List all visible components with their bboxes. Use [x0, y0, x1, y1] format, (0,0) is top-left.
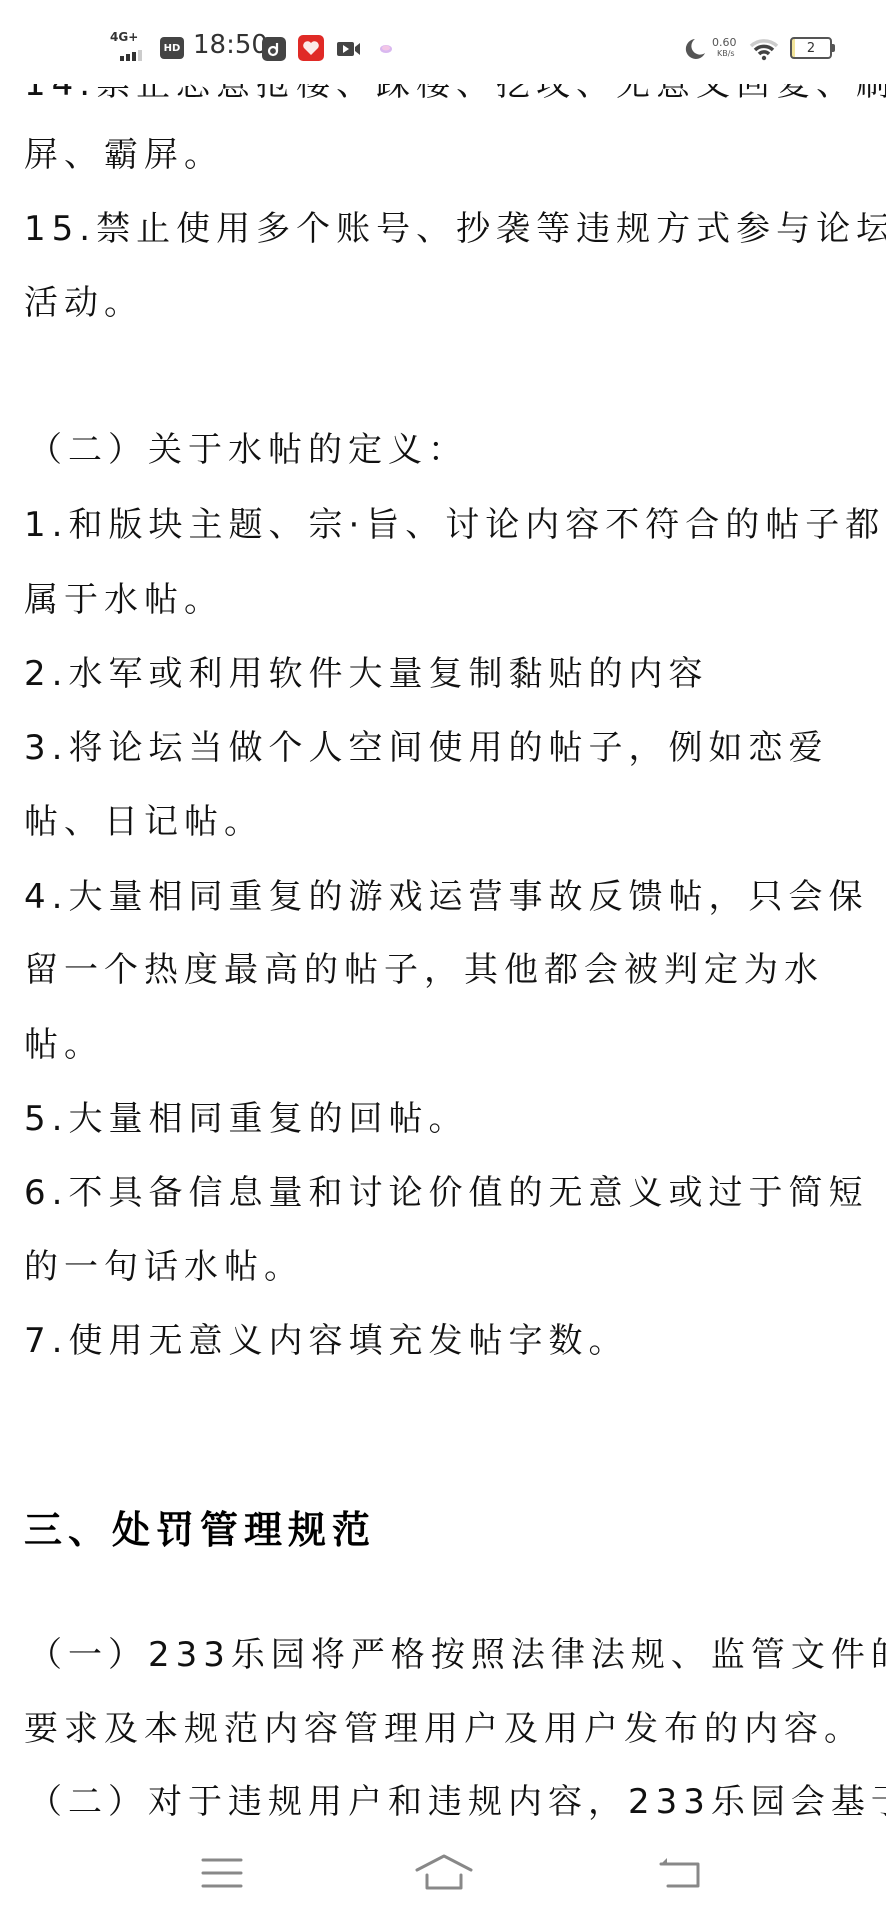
status-bar: 4G+ HD 18:50 0.60 KB/s 2 [0, 0, 886, 84]
network-speed: 0.60 KB/s [712, 32, 742, 62]
rule-15-line: 15.禁止使用多个账号、抄袭等违规方式参与论坛 [24, 207, 886, 251]
battery-level: 2 [790, 37, 832, 59]
water-rule-4-cont: 留一个热度最高的帖子，其他都会被判定为水 [24, 948, 824, 992]
penalty-clause-1: （一）233乐园将严格按照法律法规、监管文件的 [28, 1633, 886, 1677]
rule-15-line-cont: 活动。 [24, 281, 144, 325]
battery-icon: 2 [790, 37, 836, 61]
rule-14-line-cont: 屏、霸屏。 [24, 133, 224, 177]
signal-icon: 4G+ [110, 30, 152, 64]
water-rule-7: 7.使用无意义内容填充发帖字数。 [24, 1319, 628, 1363]
hd-icon: HD [160, 37, 184, 59]
menu-icon [200, 1856, 244, 1890]
heart-app-icon [298, 35, 324, 61]
bubble-app-icon [378, 40, 394, 56]
music-app-icon [262, 37, 286, 61]
clock: 18:50 [193, 30, 268, 60]
net-speed-value: 0.60 [712, 36, 737, 49]
water-rule-3: 3.将论坛当做个人空间使用的帖子，例如恋爱 [24, 726, 828, 770]
network-type: 4G+ [110, 30, 138, 44]
penalty-clause-1-cont: 要求及本规范内容管理用户及用户发布的内容。 [24, 1707, 864, 1751]
video-camera-icon [336, 40, 362, 58]
battery-tip [832, 44, 835, 52]
penalty-clause-2: （二）对于违规用户和违规内容，233乐园会基于 [28, 1780, 886, 1824]
water-rule-6: 6.不具备信息量和讨论价值的无意义或过于简短 [24, 1171, 868, 1215]
home-button[interactable] [409, 1848, 479, 1898]
water-rule-4: 4.大量相同重复的游戏运营事故反馈帖，只会保 [24, 875, 868, 919]
wifi-icon [748, 36, 780, 64]
back-icon [658, 1854, 702, 1892]
water-rule-1: 1.和版块主题、宗·旨、讨论内容不符合的帖子都 [24, 503, 885, 547]
water-rule-5: 5.大量相同重复的回帖。 [24, 1097, 468, 1141]
water-rule-3-cont: 帖、日记帖。 [24, 800, 264, 844]
section-heading-penalty: 三、处罚管理规范 [24, 1506, 376, 1554]
water-rule-6-cont: 的一句话水帖。 [24, 1245, 304, 1289]
water-rule-4-cont2: 帖。 [24, 1023, 104, 1067]
back-button[interactable] [645, 1848, 715, 1898]
moon-icon [682, 35, 708, 63]
menu-button[interactable] [187, 1848, 257, 1898]
home-icon [414, 1854, 474, 1892]
net-speed-unit: KB/s [717, 49, 735, 59]
water-rule-2: 2.水军或利用软件大量复制黏贴的内容 [24, 652, 708, 696]
subsection-title-water-post: （二）关于水帖的定义： [28, 428, 468, 472]
water-rule-1-cont: 属于水帖。 [24, 578, 224, 622]
signal-bars [120, 50, 142, 61]
system-nav-bar [0, 1830, 886, 1920]
